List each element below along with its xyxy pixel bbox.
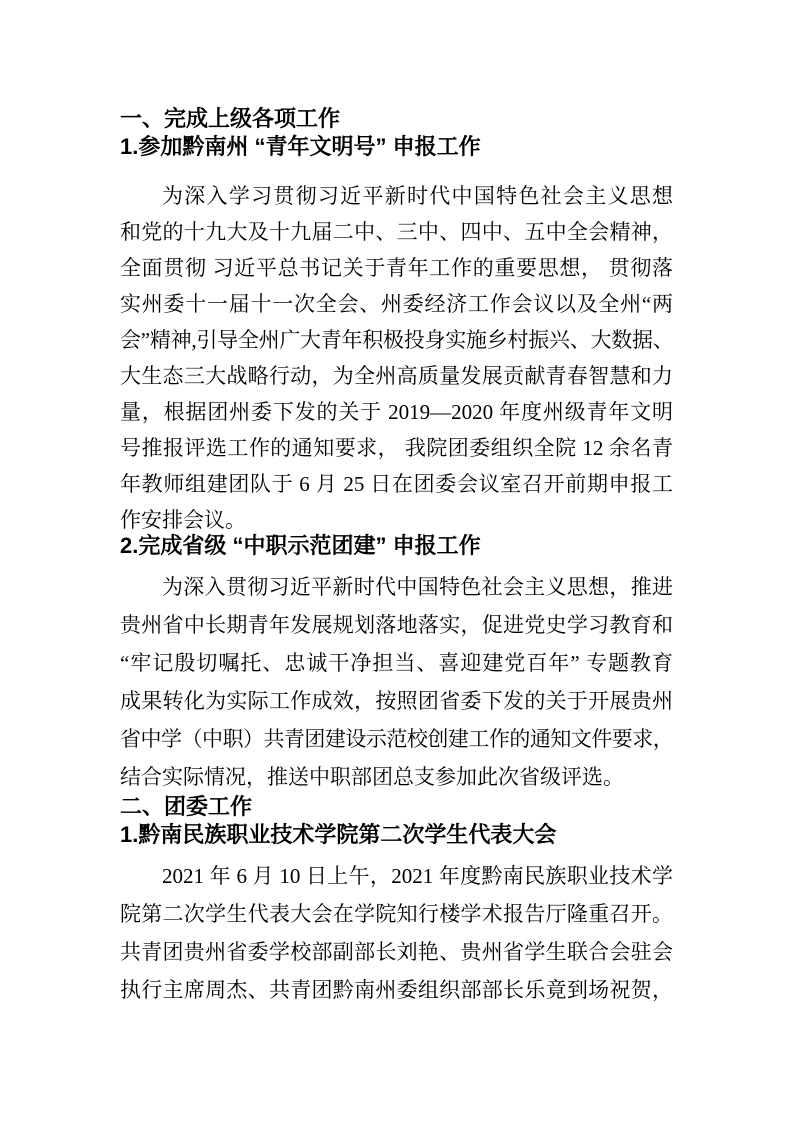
subsection-heading-1-2: 2.完成省级 “中职示范团建” 申报工作: [120, 532, 673, 560]
paragraph-line: 为深入贯彻习近平新时代中国特色社会主义思想，推进: [120, 568, 673, 606]
paragraph-line: 结合实际情况，推送中职部团总支参加此次省级评选。: [120, 758, 673, 796]
document-content: 一、完成上级各项工作 1.参加黔南州 “青年文明号” 申报工作 为深入学习贯彻习…: [120, 105, 673, 1009]
paragraph-line: 院第二次学生代表大会在学院知行楼学术报告厅隆重召开。: [120, 895, 673, 933]
paragraph-line: “牢记殷切嘱托、忠诚干净担当、喜迎建党百年” 专题教育: [120, 644, 673, 682]
paragraph-line: 实州委十一届十一次全会、州委经济工作会议以及全州“两: [120, 286, 673, 322]
paragraph-3: 2021 年 6 月 10 日上午，2021 年度黔南民族职业技术学 院第二次学…: [120, 857, 673, 1009]
paragraph-2: 为深入贯彻习近平新时代中国特色社会主义思想，推进 贵州省中长期青年发展规划落地落…: [120, 568, 673, 796]
paragraph-line: 省中学（中职）共青团建设示范校创建工作的通知文件要求，: [120, 720, 673, 758]
subsection-heading-2-1: 1.黔南民族职业技术学院第二次学生代表大会: [120, 821, 673, 849]
paragraph-line: 会”精神,引导全州广大青年积极投身实施乡村振兴、大数据、: [120, 322, 673, 358]
paragraph-line: 和党的十九大及十九届二中、三中、四中、五中全会精神，: [120, 214, 673, 250]
document-page: 一、完成上级各项工作 1.参加黔南州 “青年文明号” 申报工作 为深入学习贯彻习…: [0, 0, 793, 1122]
paragraph-line: 号推报评选工作的通知要求， 我院团委组织全院 12 余名青: [120, 430, 673, 466]
paragraph-line: 贵州省中长期青年发展规划落地落实，促进党史学习教育和: [120, 606, 673, 644]
paragraph-line: 2021 年 6 月 10 日上午，2021 年度黔南民族职业技术学: [120, 857, 673, 895]
section-heading-2: 二、团委工作: [120, 793, 673, 821]
section-heading-1: 一、完成上级各项工作: [120, 105, 673, 133]
paragraph-line: 大生态三大战略行动，为全州高质量发展贡献青春智慧和力: [120, 358, 673, 394]
paragraph-1: 为深入学习贯彻习近平新时代中国特色社会主义思想 和党的十九大及十九届二中、三中、…: [120, 178, 673, 538]
paragraph-line: 执行主席周杰、共青团黔南州委组织部部长乐竟到场祝贺，: [120, 971, 673, 1009]
paragraph-line: 全面贯彻 习近平总书记关于青年工作的重要思想， 贯彻落: [120, 250, 673, 286]
paragraph-line: 成果转化为实际工作成效，按照团省委下发的关于开展贵州: [120, 682, 673, 720]
subsection-heading-1-1: 1.参加黔南州 “青年文明号” 申报工作: [120, 133, 673, 161]
paragraph-line: 共青团贵州省委学校部副部长刘艳、贵州省学生联合会驻会: [120, 933, 673, 971]
paragraph-line: 量，根据团州委下发的关于 2019—2020 年度州级青年文明: [120, 394, 673, 430]
paragraph-line: 为深入学习贯彻习近平新时代中国特色社会主义思想: [120, 178, 673, 214]
paragraph-line: 年教师组建团队于 6 月 25 日在团委会议室召开前期申报工: [120, 466, 673, 502]
